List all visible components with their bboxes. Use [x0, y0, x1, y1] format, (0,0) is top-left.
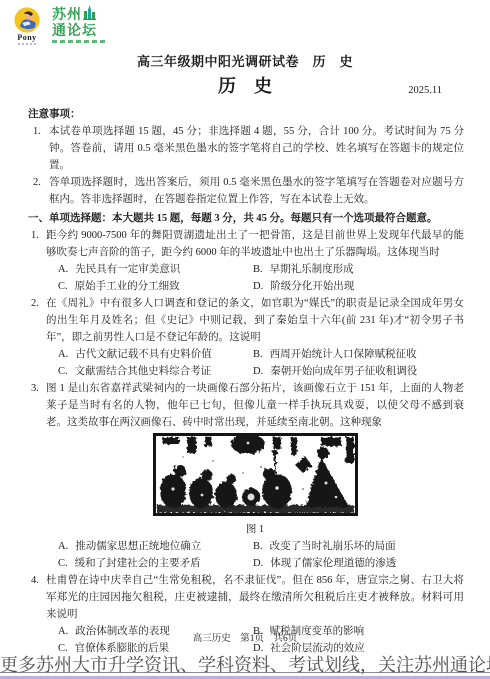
option-d: D. 体现了儒家伦理道德的渗透 [253, 555, 396, 572]
option-a: A. 推动儒家思想正统地位确立 [46, 538, 253, 555]
option-c: C. 文献需结合其他史料综合考证 [46, 363, 253, 380]
paper-body: 注意事项： 1. 本试卷单项选择题 15 题，45 分；非选择题 4 题，55 … [28, 106, 464, 657]
option-b: B. 西周开始统计人口保障赋税征收 [253, 346, 417, 363]
logo-tagline-divider [52, 40, 108, 43]
pony-tagline-mark [18, 43, 36, 45]
option-d: D. 秦朝开始向成年男子征收租调役 [253, 363, 417, 380]
notice-item-text: 本试卷单项选择题 15 题，45 分；非选择题 4 题，55 分，合计 100 … [49, 123, 464, 174]
question-text: 杜甫曾在诗中庆幸自己“生常免租税，名不隶征伐”。但在 856 年，唐宣宗之舅、右… [46, 572, 464, 623]
question-body: 距今约 9000-7500 年的舞阳贾湖遗址出土了一把骨笛，这是目前世界上发现年… [46, 227, 464, 295]
notice-heading: 注意事项： [28, 106, 464, 123]
option-d: D. 阶级分化开始出现 [253, 278, 354, 295]
question-body: 图 1 是山东省嘉祥武梁祠内的一块画像石部分拓片，该画像石立于 151 年，上面… [46, 380, 464, 572]
exam-title: 高三年级期中阳光调研试卷 历 史 [0, 51, 490, 70]
option-b: B. 早期礼乐制度形成 [253, 261, 354, 278]
promo-banner[interactable]: 更多苏州大市升学资讯、学科资料、考试划线，关注苏州通论坛 [0, 653, 490, 679]
exam-date: 2025.11 [408, 85, 442, 96]
question-number: 1. [31, 227, 46, 244]
question-1: 1. 距今约 9000-7500 年的舞阳贾湖遗址出土了一把骨笛，这是目前世界上… [28, 227, 464, 295]
question-3: 3. 图 1 是山东省嘉祥武梁祠内的一块画像石部分拓片，该画像石立于 151 年… [28, 380, 464, 572]
question-number: 4. [31, 572, 46, 589]
pony-mascot-icon [13, 6, 41, 34]
notice-item-number: 1. [33, 123, 49, 140]
option-a: A. 先民具有一定审美意识 [46, 261, 253, 278]
option-c: C. 缓和了封建社会的主要矛盾 [46, 555, 253, 572]
site-logo: Pony 苏州 通论坛 [10, 6, 108, 45]
question-2: 2. 在《周礼》中有很多人口调查和登记的条文，如官职为“媒氏”的职责是记录全国成… [28, 295, 464, 380]
notice-item: 1. 本试卷单项选择题 15 题，45 分；非选择题 4 题，55 分，合计 1… [28, 123, 464, 174]
question-body: 在《周礼》中有很多人口调查和登记的条文，如官职为“媒氏”的职责是记录全国成年男女… [46, 295, 464, 380]
notice-item-text: 答单项选择题时，选出答案后，须用 0.5 毫米黑色墨水的签字笔填写在答题卷对应题… [49, 174, 464, 208]
section-heading: 一、单项选择题：本大题共 15 题，每题 3 分，共 45 分。每题只有一个选项… [28, 210, 464, 227]
question-4: 4. 杜甫曾在诗中庆幸自己“生常免租税，名不隶征伐”。但在 856 年，唐宣宗之… [28, 572, 464, 657]
figure-caption: 图 1 [153, 522, 358, 538]
pony-mascot: Pony [10, 6, 44, 45]
stone-relief-rubbing-image [153, 433, 358, 516]
city-building-icon [83, 6, 96, 23]
notice-item-number: 2. [33, 174, 49, 191]
notice-item: 2. 答单项选择题时，选出答案后，须用 0.5 毫米黑色墨水的签字笔填写在答题卷… [28, 174, 464, 208]
question-text: 距今约 9000-7500 年的舞阳贾湖遗址出土了一把骨笛，这是目前世界上发现年… [46, 227, 464, 261]
option-a: A. 古代文献记载不具有史料价值 [46, 346, 253, 363]
forum-logo-line2: 通论坛 [52, 23, 108, 38]
question-number: 3. [31, 380, 46, 397]
forum-logo: 苏州 通论坛 [52, 6, 108, 43]
figure-1: 图 1 [153, 433, 358, 538]
question-number: 2. [31, 295, 46, 312]
question-text: 在《周礼》中有很多人口调查和登记的条文，如官职为“媒氏”的职责是记录全国成年男女… [46, 295, 464, 346]
question-body: 杜甫曾在诗中庆幸自己“生常免租税，名不隶征伐”。但在 856 年，唐宣宗之舅、右… [46, 572, 464, 657]
exam-paper-page: Pony 苏州 通论坛 高三年级期中阳光调研试卷 历 史 [0, 0, 490, 679]
forum-logo-line1: 苏州 [52, 7, 82, 22]
question-text: 图 1 是山东省嘉祥武梁祠内的一块画像石部分拓片，该画像石立于 151 年，上面… [46, 380, 464, 431]
option-b: B. 改变了当时礼崩乐坏的局面 [253, 538, 396, 555]
promo-banner-text[interactable]: 更多苏州大市升学资讯、学科资料、考试划线，关注苏州通论坛 [0, 655, 490, 675]
option-c: C. 原始手工业的分工细致 [46, 278, 253, 295]
pony-label: Pony [17, 33, 36, 42]
page-footer: 高三历史 第1页 共6页 [0, 630, 490, 644]
